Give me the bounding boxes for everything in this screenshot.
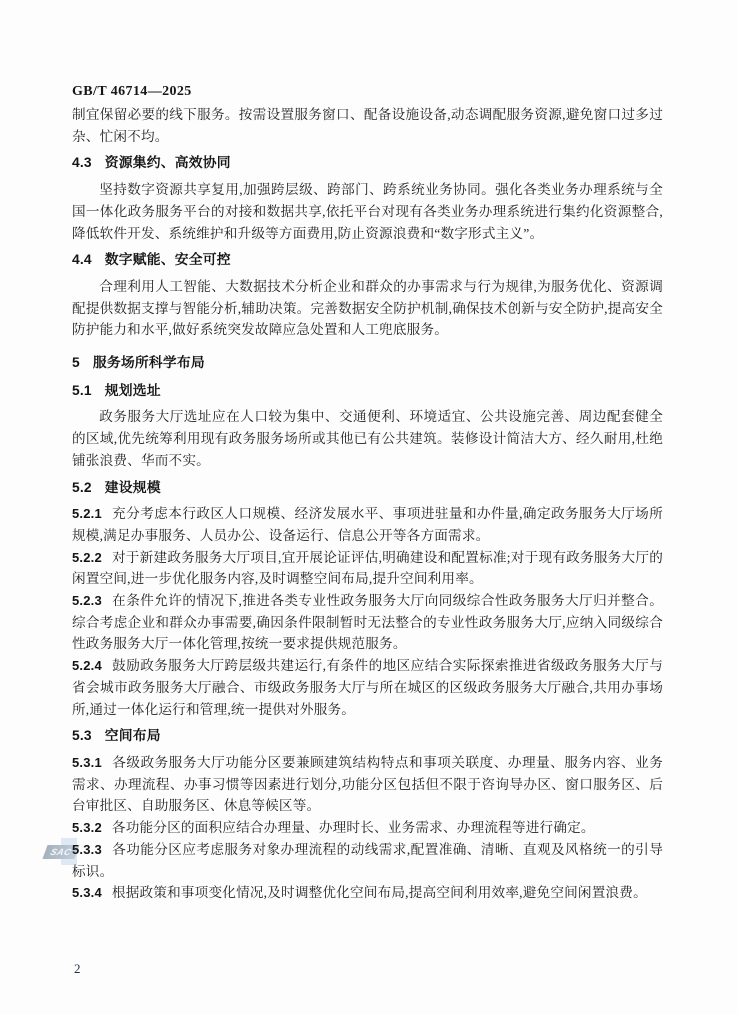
clause-number: 5.2.1 [72,506,102,521]
clause: 5.3.2各功能分区的面积应结合办理量、办理时长、业务需求、办理流程等进行确定。 [72,817,663,839]
heading-number: 5.1 [72,383,92,398]
clause-number: 5.2.3 [72,593,102,608]
clause-text: 各功能分区的面积应结合办理量、办理时长、业务需求、办理流程等进行确定。 [112,820,595,835]
clause: 5.2.3在条件允许的情况下,推进各类专业性政务服务大厅向同级综合性政务服务大厅… [72,590,663,655]
document-body: 制宜保留必要的线下服务。按需设置服务窗口、配备设施设备,动态调配服务资源,避免窗… [72,104,663,904]
heading-title: 服务场所科学布局 [93,355,205,370]
section-heading: 5.1规划选址 [72,380,663,402]
clause: 5.2.1充分考虑本行政区人口规模、经济发展水平、事项进驻量和办件量,确定政务服… [72,503,663,546]
clause-text: 对于新建政务服务大厅项目,宜开展论证评估,明确建设和配置标准;对于现有政务服务大… [72,550,663,587]
clause: 5.2.2对于新建政务服务大厅项目,宜开展论证评估,明确建设和配置标准;对于现有… [72,547,663,590]
paragraph-text: 制宜保留必要的线下服务。按需设置服务窗口、配备设施设备,动态调配服务资源,避免窗… [72,107,663,144]
document-page: GB/T 46714—2025 SAC 制宜保留必要的线下服务。按需设置服务窗口… [0,0,737,1014]
paragraph: 合理利用人工智能、大数据技术分析企业和群众的办事需求与行为规律,为服务优化、资源… [72,276,663,341]
clause-text: 在条件允许的情况下,推进各类专业性政务服务大厅向同级综合性政务服务大厅归并整合。… [72,593,663,651]
section-heading: 5.2建设规模 [72,477,663,499]
clause-text: 根据政策和事项变化情况,及时调整优化空间布局,提高空间利用效率,避免空间闲置浪费… [112,885,647,900]
paragraph-text: 坚持数字资源共享复用,加强跨层级、跨部门、跨系统业务协同。强化各类业务办理系统与… [72,182,663,240]
clause: 5.3.3各功能分区应考虑服务对象办理流程的动线需求,配置准确、清晰、直观及风格… [72,839,663,882]
heading-title: 规划选址 [105,383,161,398]
heading-title: 数字赋能、安全可控 [105,252,231,267]
clause-number: 5.2.4 [72,658,102,673]
clause-number: 5.3.1 [72,755,102,770]
clause-text: 鼓励政务服务大厅跨层级共建运行,有条件的地区应结合实际探索推进省级政务服务大厅与… [72,658,663,716]
clause: 5.3.4根据政策和事项变化情况,及时调整优化空间布局,提高空间利用效率,避免空… [72,882,663,904]
heading-title: 资源集约、高效协同 [105,155,231,170]
paragraph: 政务服务大厅选址应在人口较为集中、交通便利、环境适宜、公共设施完善、周边配套健全… [72,406,663,471]
clause-number: 5.3.3 [72,842,102,857]
clause-text: 各级政务服务大厅功能分区要兼顾建筑结构特点和事项关联度、办理量、服务内容、业务需… [72,755,663,813]
heading-number: 4.4 [72,252,92,267]
page-number: 2 [74,961,81,977]
clause-number: 5.3.4 [72,885,102,900]
clause-number: 5.3.2 [72,820,102,835]
paragraph-text: 合理利用人工智能、大数据技术分析企业和群众的办事需求与行为规律,为服务优化、资源… [72,279,663,337]
clause-number: 5.2.2 [72,550,102,565]
chapter-heading: 5服务场所科学布局 [72,352,663,374]
heading-number: 5.3 [72,728,92,743]
heading-title: 空间布局 [105,728,161,743]
clause: 5.3.1各级政务服务大厅功能分区要兼顾建筑结构特点和事项关联度、办理量、服务内… [72,752,663,817]
section-heading: 4.3资源集约、高效协同 [72,152,663,174]
standard-number-header: GB/T 46714—2025 [72,84,192,100]
heading-number: 5.2 [72,480,92,495]
heading-number: 4.3 [72,155,92,170]
section-heading: 5.3空间布局 [72,725,663,747]
paragraph-text: 政务服务大厅选址应在人口较为集中、交通便利、环境适宜、公共设施完善、周边配套健全… [72,409,663,467]
section-heading: 4.4数字赋能、安全可控 [72,249,663,271]
clause-text: 充分考虑本行政区人口规模、经济发展水平、事项进驻量和办件量,确定政务服务大厅场所… [72,506,663,543]
clause: 5.2.4鼓励政务服务大厅跨层级共建运行,有条件的地区应结合实际探索推进省级政务… [72,655,663,720]
paragraph: 制宜保留必要的线下服务。按需设置服务窗口、配备设施设备,动态调配服务资源,避免窗… [72,104,663,147]
heading-title: 建设规模 [105,480,161,495]
paragraph: 坚持数字资源共享复用,加强跨层级、跨部门、跨系统业务协同。强化各类业务办理系统与… [72,179,663,244]
clause-text: 各功能分区应考虑服务对象办理流程的动线需求,配置准确、清晰、直观及风格统一的引导… [72,842,663,879]
heading-number: 5 [72,355,80,370]
